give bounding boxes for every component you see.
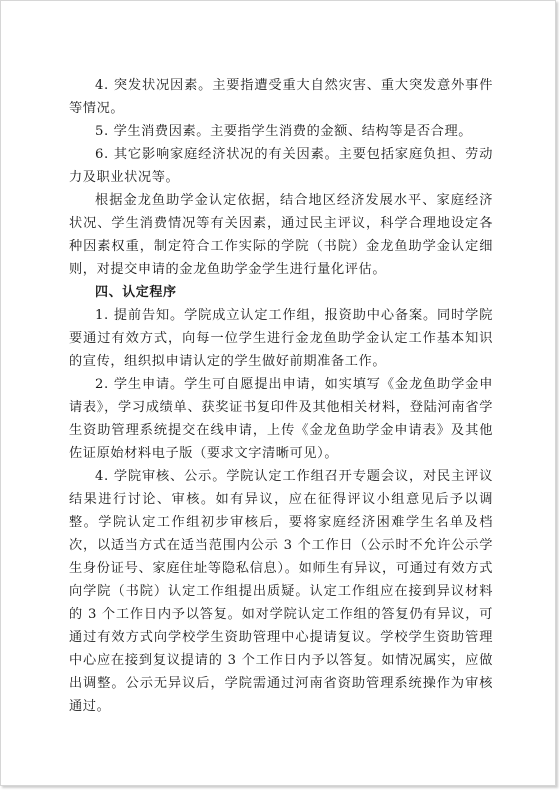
paragraph-sudden-factors: 4. 突发状况因素。主要指遭受重大自然灾害、重大突发意外事件等情况。 [69,74,493,120]
paragraph-review-publicity: 4. 学院审核、公示。学院认定工作组召开专题会议，对民主评议结果进行讨论、审核。… [69,465,493,718]
paragraph-student-application: 2. 学生申请。学生可自愿提出申请，如实填写《金龙鱼助学金申请表》，学习成绩单、… [69,373,493,465]
paragraph-advance-notice: 1. 提前告知。学院成立认定工作组，报资助中心备案。同时学院要通过有效方式，向每… [69,304,493,373]
section-heading-procedure: 四、认定程序 [69,281,493,304]
paragraph-consumption-factors: 5. 学生消费因素。主要指学生消费的金额、结构等是否合理。 [69,120,493,143]
paragraph-assessment-basis: 根据金龙鱼助学金认定依据，结合地区经济发展水平、家庭经济状况、学生消费情况等有关… [69,189,493,281]
document-page: 4. 突发状况因素。主要指遭受重大自然灾害、重大突发意外事件等情况。 5. 学生… [0,0,556,786]
paragraph-other-factors: 6. 其它影响家庭经济状况的有关因素。主要包括家庭负担、劳动力及职业状况等。 [69,143,493,189]
document-body: 4. 突发状况因素。主要指遭受重大自然灾害、重大突发意外事件等情况。 5. 学生… [69,74,493,718]
